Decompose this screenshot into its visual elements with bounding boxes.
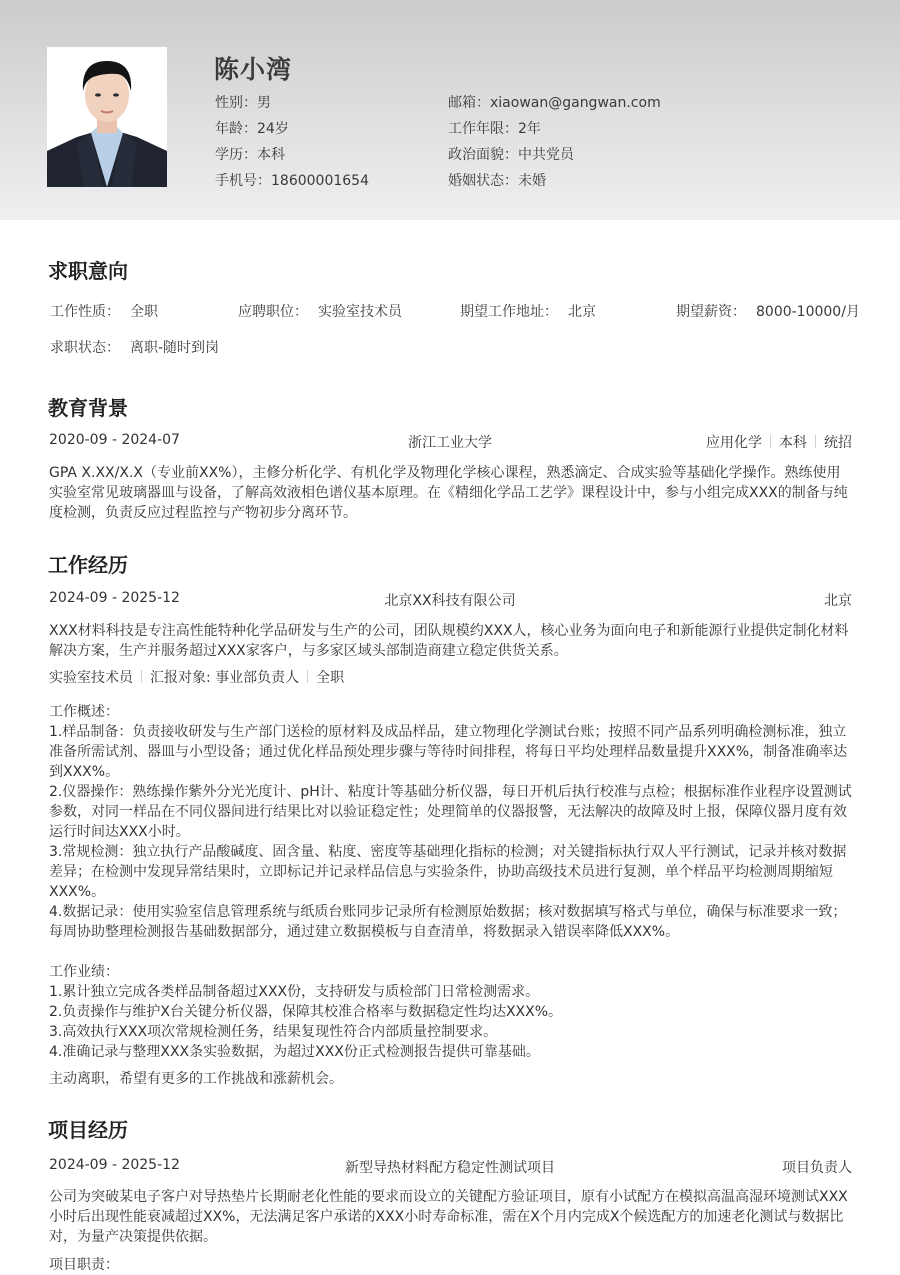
project-name: 新型导热材料配方稳定性测试项目 (48, 1157, 852, 1177)
work-tags: 实验室技术员汇报对象: 事业部负责人全职 (49, 668, 853, 688)
info-colon: ： (243, 95, 257, 111)
work-achievement-item: 2.负责操作与维护X台关键分析仪器，保障其校准合格率与数据稳定性均达XXX%。 (49, 1002, 853, 1022)
info-value: 2年 (518, 121, 541, 137)
info-colon: ： (243, 147, 257, 163)
intent-location: 期望工作地址：北京 (460, 301, 596, 321)
info-value: 未婚 (518, 173, 546, 189)
project-entry-header: 2024-09 - 2025-12 新型导热材料配方稳定性测试项目 项目负责人 (48, 1157, 852, 1179)
info-political-status: 政治面貌：中共党员 (448, 144, 661, 170)
info-label: 政治面貌 (448, 147, 504, 163)
work-achievement-item: 4.准确记录与整理XXX条实验数据，为超过XXX份正式检测报告提供可靠基础。 (49, 1042, 853, 1062)
work-overview-title: 工作概述： (49, 702, 853, 722)
info-gender: 性别：男 (215, 92, 369, 118)
basic-info-right: 邮箱：xiaowan@gangwan.com 工作年限：2年 政治面貌：中共党员… (448, 92, 661, 196)
divider (770, 435, 771, 448)
work-overview-item: 1.样品制备：负责接收研发与生产部门送检的原材料及成品样品，建立物理化学测试台账… (49, 722, 853, 782)
intent-label: 期望工作地址： (460, 304, 558, 320)
education-degree: 本科 (779, 435, 807, 451)
info-label: 学历 (215, 147, 243, 163)
project-description: 公司为突破某电子客户对导热垫片长期耐老化性能的要求而设立的关键配方验证项目，原有… (49, 1187, 853, 1247)
education-major: 应用化学 (706, 435, 762, 451)
info-value: 中共党员 (518, 147, 574, 163)
intent-value: 北京 (568, 304, 596, 320)
work-achievement-item: 3.高效执行XXX项次常规检测任务，结果复现性符合内部质量控制要求。 (49, 1022, 853, 1042)
info-value: 18600001654 (271, 173, 369, 189)
info-value: 24岁 (257, 121, 289, 137)
intent-value: 实验室技术员 (318, 304, 402, 320)
info-value: 男 (257, 95, 271, 111)
intent-value: 全职 (130, 304, 158, 320)
work-overview-item: 2.仪器操作：熟练操作紫外分光光度计、pH计、粘度计等基础分析仪器，每日开机后执… (49, 782, 853, 842)
intent-value: 8000-10000/月 (756, 304, 860, 320)
info-label: 手机号 (215, 173, 257, 189)
intent-label: 应聘职位： (238, 304, 308, 320)
resume-header: 陈小湾 性别：男 年龄：24岁 学历：本科 手机号：18600001654 邮箱… (0, 0, 900, 220)
education-enrollment: 统招 (824, 435, 852, 451)
person-photo-icon (47, 47, 167, 187)
info-value: 本科 (257, 147, 285, 163)
education-description: GPA X.XX/X.X（专业前XX%），主修分析化学、有机化学及物理化学核心课… (49, 463, 853, 523)
info-label: 邮箱 (448, 95, 476, 111)
work-achievements-title: 工作业绩： (49, 962, 853, 982)
info-label: 工作年限 (448, 121, 504, 137)
work-achievement-item: 1.累计独立完成各类样品制备超过XXX份，支持研发与质检部门日常检测需求。 (49, 982, 853, 1002)
info-education: 学历：本科 (215, 144, 369, 170)
intent-status: 求职状态：离职-随时到岗 (50, 337, 219, 357)
work-type: 全职 (316, 670, 344, 686)
section-title-intent: 求职意向 (48, 255, 128, 284)
work-leave-reason: 主动离职，希望有更多的工作挑战和涨薪机会。 (49, 1069, 853, 1089)
profile-photo (47, 47, 167, 187)
info-colon: ： (504, 173, 518, 189)
project-duties-title: 项目职责： (49, 1255, 853, 1275)
info-label: 性别 (215, 95, 243, 111)
divider (141, 670, 142, 683)
work-overview-item: 4.数据记录：使用实验室信息管理系统与纸质台账同步记录所有检测原始数据；核对数据… (49, 902, 853, 942)
intent-salary: 期望薪资：8000-10000/月 (676, 301, 860, 321)
info-colon: ： (476, 95, 490, 111)
section-title-work: 工作经历 (48, 549, 128, 578)
education-tags: 应用化学本科统招 (706, 432, 852, 452)
info-label: 婚姻状态 (448, 173, 504, 189)
info-phone: 手机号：18600001654 (215, 170, 369, 196)
work-report-to: 汇报对象: 事业部负责人 (150, 670, 299, 686)
intent-label: 期望薪资： (676, 304, 746, 320)
info-email: 邮箱：xiaowan@gangwan.com (448, 92, 661, 118)
work-overview: 工作概述： 1.样品制备：负责接收研发与生产部门送检的原材料及成品样品，建立物理… (49, 702, 853, 942)
intent-value: 离职-随时到岗 (130, 340, 219, 356)
info-marital-status: 婚姻状态：未婚 (448, 170, 661, 196)
info-value: xiaowan@gangwan.com (490, 95, 661, 111)
info-colon: ： (504, 147, 518, 163)
divider (307, 670, 308, 683)
section-title-education: 教育背景 (48, 392, 128, 421)
info-colon: ： (504, 121, 518, 137)
section-title-project: 项目经历 (48, 1114, 128, 1143)
info-label: 年龄 (215, 121, 243, 137)
basic-info-left: 性别：男 年龄：24岁 学历：本科 手机号：18600001654 (215, 92, 369, 196)
work-entry-header: 2024-09 - 2025-12 北京XX科技有限公司 北京 (48, 590, 852, 612)
work-company-description: XXX材料科技是专注高性能特种化学品研发与生产的公司，团队规模约XXX人，核心业… (49, 621, 853, 661)
project-role: 项目负责人 (782, 1157, 852, 1177)
work-city: 北京 (824, 590, 852, 610)
intent-label: 工作性质： (50, 304, 120, 320)
intent-job-type: 工作性质：全职 (50, 301, 158, 321)
info-work-years: 工作年限：2年 (448, 118, 661, 144)
divider (815, 435, 816, 448)
intent-position: 应聘职位：实验室技术员 (238, 301, 402, 321)
info-age: 年龄：24岁 (215, 118, 369, 144)
work-achievements: 工作业绩： 1.累计独立完成各类样品制备超过XXX份，支持研发与质检部门日常检测… (49, 962, 853, 1062)
intent-label: 求职状态： (50, 340, 120, 356)
work-title: 实验室技术员 (49, 670, 133, 686)
education-entry-header: 2020-09 - 2024-07 浙江工业大学 应用化学本科统招 (48, 432, 852, 454)
work-overview-item: 3.常规检测：独立执行产品酸碱度、固含量、粘度、密度等基础理化指标的检测；对关键… (49, 842, 853, 902)
candidate-name: 陈小湾 (214, 50, 292, 86)
work-company: 北京XX科技有限公司 (48, 590, 852, 610)
info-colon: ： (243, 121, 257, 137)
info-colon: ： (257, 173, 271, 189)
